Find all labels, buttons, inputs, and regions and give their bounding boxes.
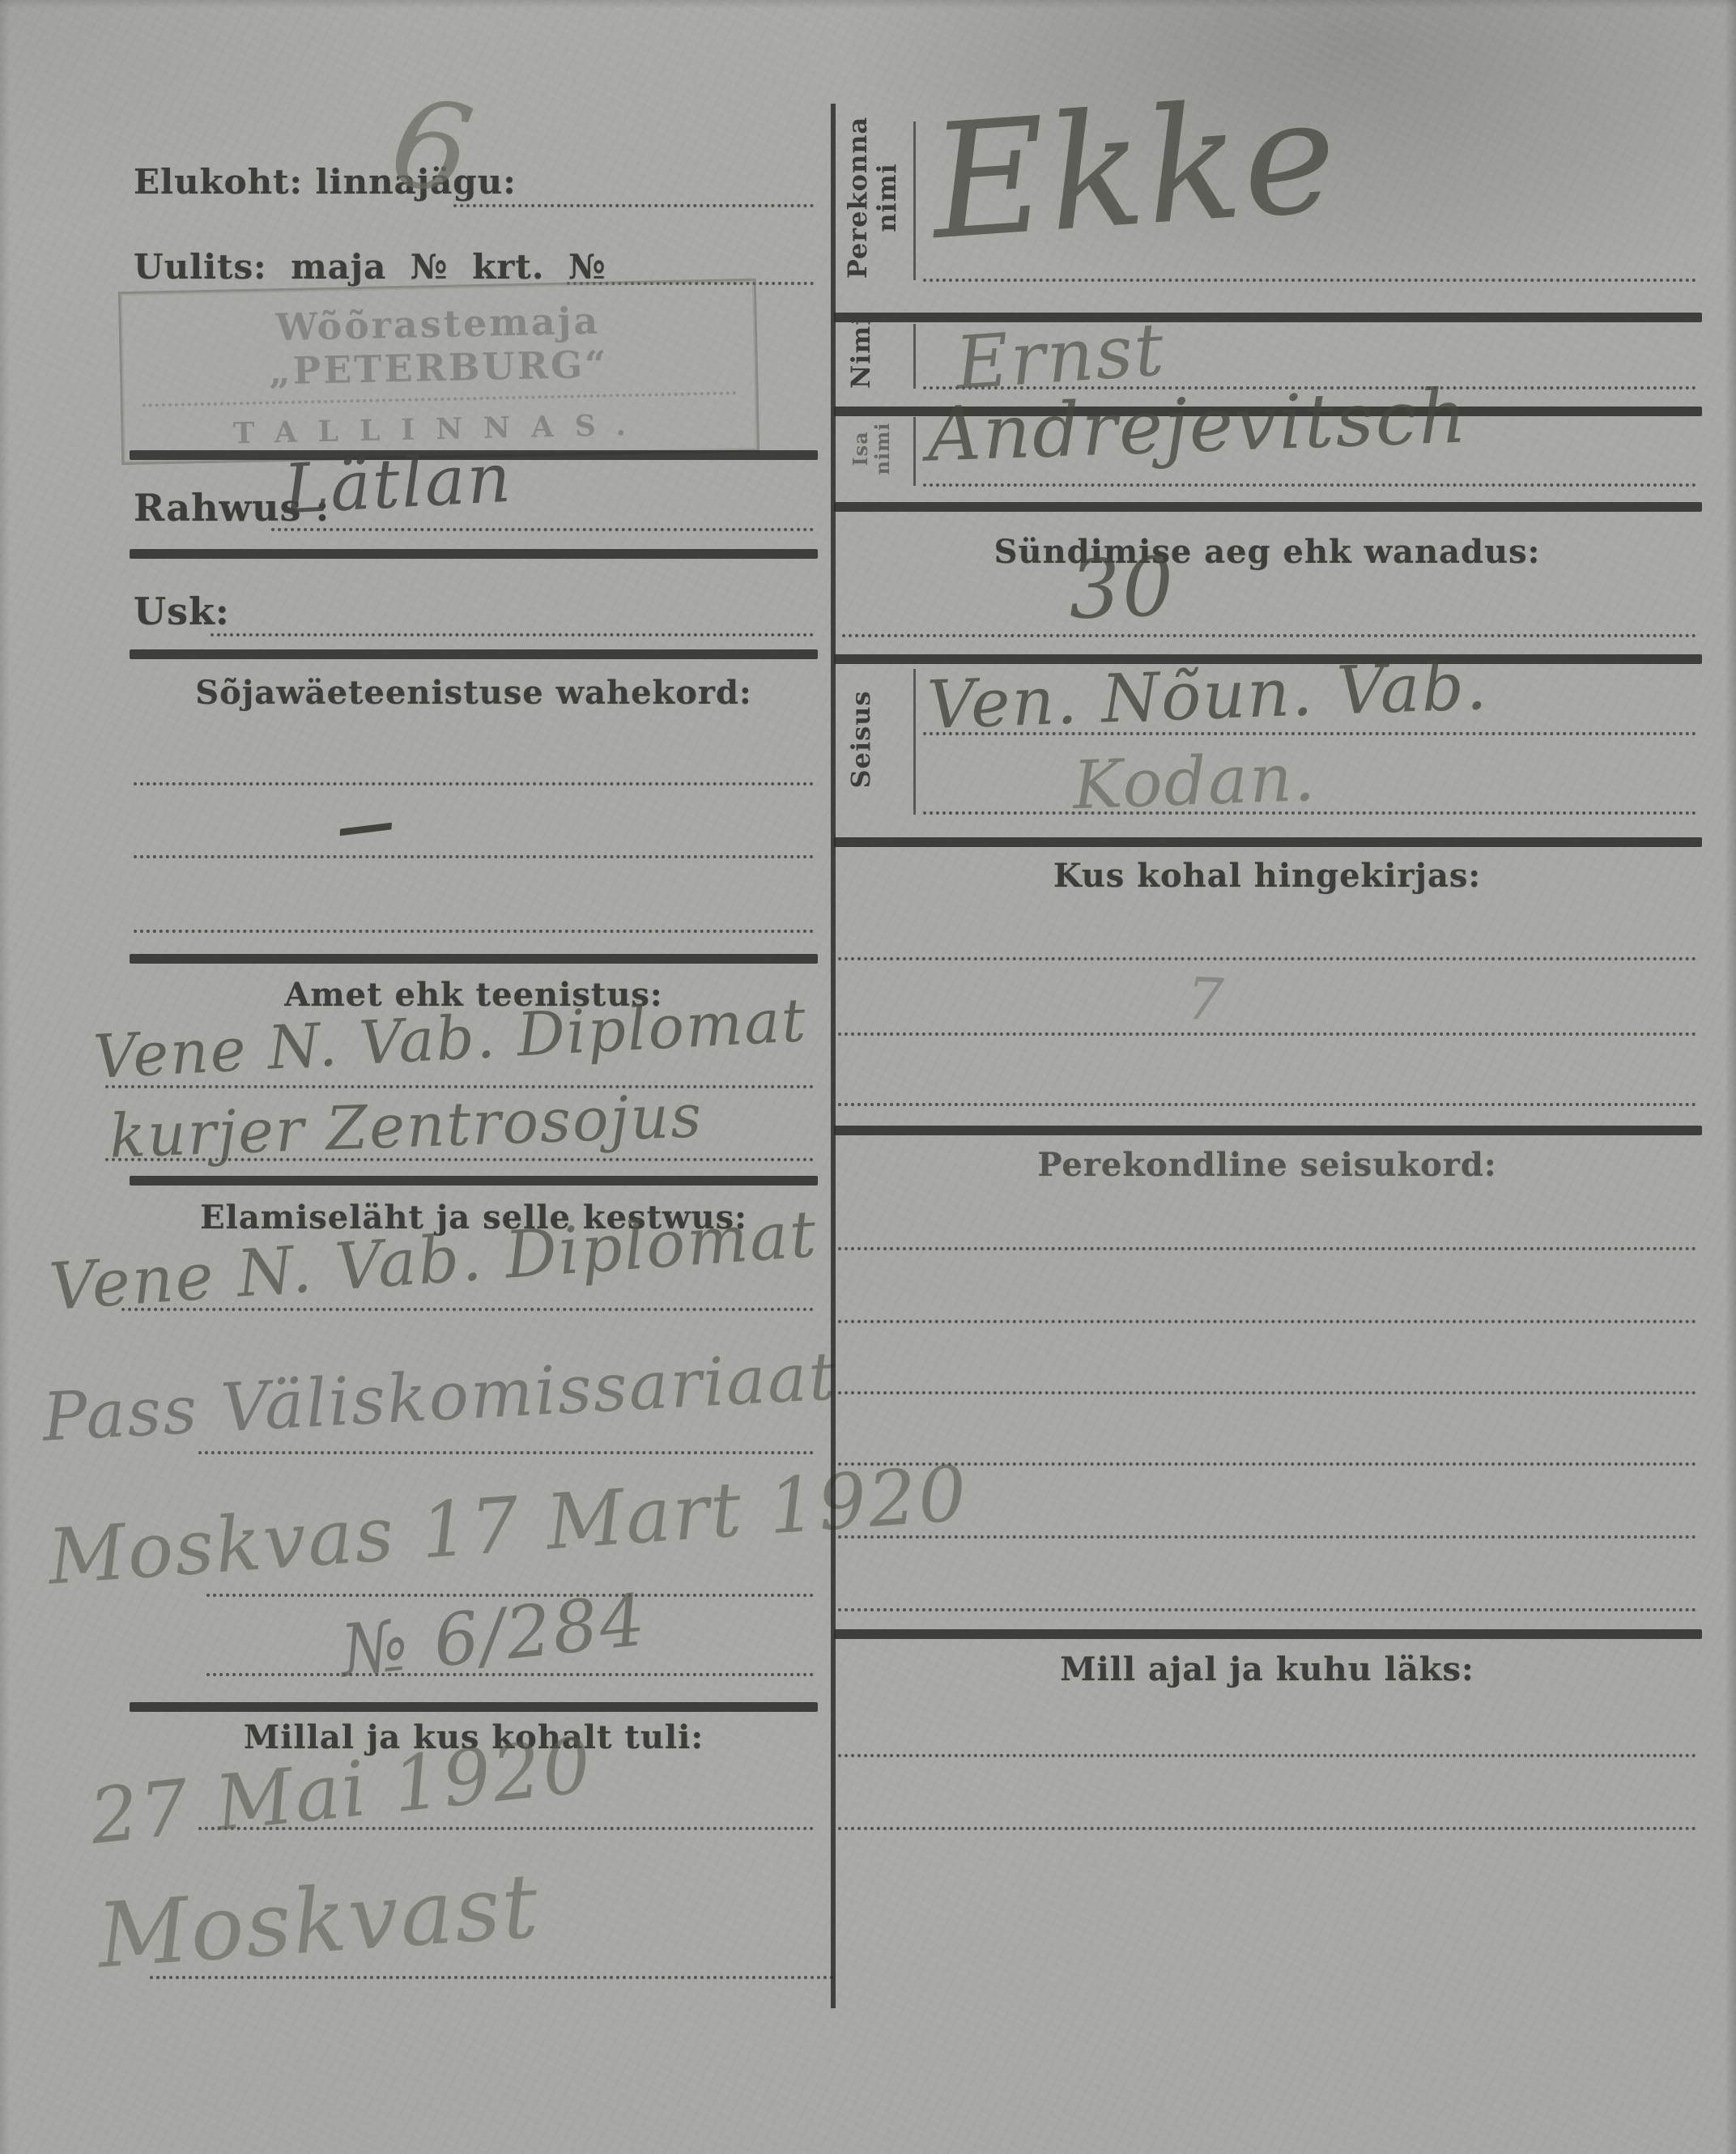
rahwus-handwritten-value: Lätlan: [282, 438, 514, 530]
sojawae-handwritten-value: —: [332, 786, 400, 862]
writing-line: [838, 1391, 1696, 1394]
writing-line: [923, 483, 1696, 487]
registration-card: Elukoht: linnajägu: 6 Uulits: maja № krt…: [0, 0, 1736, 2154]
seisus-label: Seisus: [847, 664, 876, 815]
writing-line: [134, 782, 814, 785]
elamis-handwritten-line2: Pass Väliskomissariaat: [40, 1338, 839, 1456]
rule-thick: [130, 1702, 818, 1712]
rule-thick: [130, 649, 818, 659]
millal-handwritten-line2: Moskvast: [94, 1854, 542, 1988]
usk-label: Usk:: [134, 590, 230, 633]
nimi-label: Nimi: [847, 319, 876, 389]
label-separator: [913, 121, 916, 280]
sundimise-handwritten-value: 30: [1067, 539, 1176, 638]
writing-line: [838, 1462, 1696, 1466]
rule-thick: [130, 1176, 818, 1186]
writing-line: [838, 1608, 1696, 1611]
writing-line: [838, 1320, 1696, 1323]
mill-ajal-title: Mill ajal ja kuhu läks:: [1060, 1650, 1474, 1688]
writing-line: [134, 855, 814, 858]
label-separator: [913, 417, 916, 486]
writing-line: [838, 1103, 1696, 1106]
writing-line: [211, 633, 814, 636]
rule-thick: [834, 502, 1702, 512]
rule-thick: [130, 954, 818, 964]
column-divider: [831, 104, 836, 2008]
writing-line: [453, 204, 814, 207]
writing-line: [838, 957, 1696, 960]
perekonna-nimi-label: Perekonna nimi: [844, 113, 902, 282]
rule-thick: [130, 549, 818, 559]
isa-nimi-label: Isa nimi: [850, 411, 894, 486]
seisus-handwritten-line2: Kodan.: [1071, 739, 1317, 824]
sojawae-title: Sõjawäeteenistuse wahekord:: [195, 674, 751, 712]
writing-line: [923, 279, 1696, 282]
writing-line: [838, 1535, 1696, 1539]
stamp-line1: Wõõrastemaja „PETERBURG“: [121, 296, 755, 396]
hotel-peterburg-stamp: Wõõrastemaja „PETERBURG“ TALLINNAS.: [118, 279, 759, 465]
uulits-label: Uulits: maja № krt. №: [134, 247, 606, 287]
writing-line: [838, 1827, 1696, 1830]
label-separator: [913, 324, 916, 389]
writing-line: [838, 1754, 1696, 1757]
writing-line: [271, 528, 814, 531]
kus-kohal-handwritten-value: 7: [1185, 964, 1227, 1034]
writing-line: [198, 1451, 814, 1454]
perekonna-handwritten-value: Ekke: [925, 63, 1344, 275]
rule-thick: [834, 837, 1702, 847]
writing-line: [134, 930, 814, 933]
kus-kohal-title: Kus kohal hingekirjas:: [1053, 857, 1481, 895]
writing-line: [838, 1032, 1696, 1036]
rule-thick: [834, 1126, 1702, 1135]
label-separator: [913, 669, 916, 815]
rule-thick: [834, 1629, 1702, 1639]
isa-handwritten-value: Andrejevitsch: [925, 372, 1470, 478]
writing-line: [842, 634, 1696, 637]
writing-line: [838, 1247, 1696, 1250]
perekondline-title: Perekondline seisukord:: [1037, 1146, 1496, 1184]
